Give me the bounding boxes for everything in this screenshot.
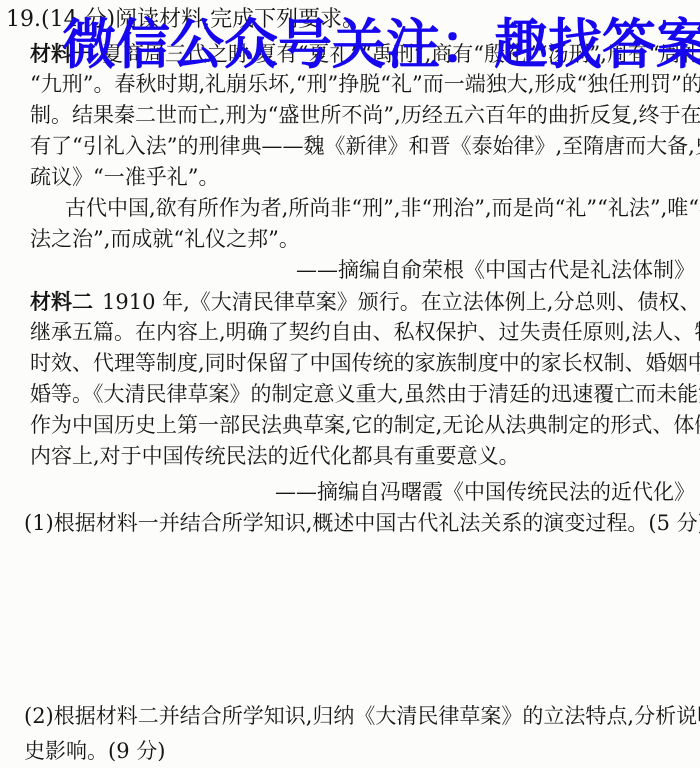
- text-line: 内容上,对于中国传统民法的近代化都具有重要意义。: [30, 441, 697, 472]
- material-label: 材料一: [30, 41, 93, 66]
- text-line: 古代中国,欲有所作为者,所尚非“刑”,非“刑治”,而是尚“礼”“礼法”,唯“礼: [30, 193, 697, 224]
- text-line: 制。结果秦二世而亡,刑为“盛世所不尚”,历经五六百年的曲折反复,终于在魏晋: [30, 100, 697, 131]
- line-text: ——摘编自冯曙霞《中国传统民法的近代化》: [275, 480, 695, 504]
- line-text: 法之治”,而成就“礼仪之邦”。: [30, 227, 300, 251]
- line-text: 制。结果秦二世而亡,刑为“盛世所不尚”,历经五六百年的曲折反复,终于在魏晋: [30, 103, 700, 127]
- exam-page: 微信公众号关注：趣找答案 19.(14 分)阅读材料,完成下列要求。 材料一夏商…: [0, 0, 700, 768]
- line-text: 婚等。《大清民律草案》的制定意义重大,虽然由于清廷的迅速覆亡而未能实施,但: [30, 382, 700, 406]
- question-number-heading: 19.(14 分)阅读材料,完成下列要求。: [0, 0, 700, 38]
- text-line: 材料二1910 年,《大清民律草案》颁行。在立法体例上,分总则、债权、物权、亲属…: [30, 286, 697, 317]
- line-text: (2)根据材料二并结合所学知识,归纳《大清民律草案》的立法特点,分析说明其历: [24, 704, 700, 728]
- sub-question-2: (2)根据材料二并结合所学知识,归纳《大清民律草案》的立法特点,分析说明其历: [24, 701, 697, 732]
- material-label: 材料二: [30, 289, 93, 314]
- line-text: 时效、代理等制度,同时保留了中国传统的家族制度中的家长权制、婚姻中的同姓不: [30, 351, 700, 375]
- sub-question-1: (1)根据材料一并结合所学知识,概述中国古代礼法关系的演变过程。(5 分): [24, 508, 697, 539]
- text-line: 材料一夏商周三代之时,夏有“夏礼”“禹刑”,商有“殷礼”“汤刑”,周有“周礼”: [30, 38, 697, 69]
- line-text: ——摘编自俞荣根《中国古代是礼法体制》: [296, 258, 695, 282]
- source-attribution-1: ——摘编自俞荣根《中国古代是礼法体制》: [30, 255, 697, 286]
- line-text: 有了“引礼入法”的刑律典——魏《新律》和晋《泰始律》,至隋唐而大备,史称《唐律: [30, 134, 700, 158]
- line-text: 疏议》“一准乎礼”。: [30, 165, 219, 189]
- line-text: 内容上,对于中国传统民法的近代化都具有重要意义。: [30, 444, 520, 468]
- line-text: 1910 年,《大清民律草案》颁行。在立法体例上,分总则、债权、物权、亲属、: [102, 290, 700, 314]
- line-text: (1)根据材料一并结合所学知识,概述中国古代礼法关系的演变过程。(5 分): [24, 511, 700, 535]
- line-text: 史影响。(9 分): [24, 739, 165, 763]
- line-text: “九刑”。春秋时期,礼崩乐坏,“刑”挣脱“礼”而一端独大,形成“独任刑罚”的秦: [30, 72, 700, 96]
- text-line: 继承五篇。在内容上,明确了契约自由、私权保护、过失责任原则,法人、物权、债权、: [30, 317, 697, 348]
- text-line: 婚等。《大清民律草案》的制定意义重大,虽然由于清廷的迅速覆亡而未能实施,但: [30, 379, 697, 410]
- line-text: 继承五篇。在内容上,明确了契约自由、私权保护、过失责任原则,法人、物权、债权、: [30, 320, 700, 344]
- text-line: 作为中国历史上第一部民法典草案,它的制定,无论从法典制定的形式、体例或具体: [30, 410, 697, 441]
- source-attribution-2: ——摘编自冯曙霞《中国传统民法的近代化》: [30, 477, 697, 508]
- sub-question-2-continued: 史影响。(9 分): [24, 736, 697, 767]
- text-line: 法之治”,而成就“礼仪之邦”。: [30, 224, 697, 255]
- line-text: 作为中国历史上第一部民法典草案,它的制定,无论从法典制定的形式、体例或具体: [30, 413, 700, 437]
- text-line: “九刑”。春秋时期,礼崩乐坏,“刑”挣脱“礼”而一端独大,形成“独任刑罚”的秦: [30, 69, 697, 100]
- text-line: 有了“引礼入法”的刑律典——魏《新律》和晋《泰始律》,至隋唐而大备,史称《唐律: [30, 131, 697, 162]
- text-line: 时效、代理等制度,同时保留了中国传统的家族制度中的家长权制、婚姻中的同姓不: [30, 348, 697, 379]
- line-text: 夏商周三代之时,夏有“夏礼”“禹刑”,商有“殷礼”“汤刑”,周有“周礼”: [102, 42, 700, 66]
- line-text: 古代中国,欲有所作为者,所尚非“刑”,非“刑治”,而是尚“礼”“礼法”,唯“礼: [65, 196, 700, 220]
- question-content: 材料一夏商周三代之时,夏有“夏礼”“禹刑”,商有“殷礼”“汤刑”,周有“周礼”“…: [30, 38, 697, 767]
- text-line: 疏议》“一准乎礼”。: [30, 162, 697, 193]
